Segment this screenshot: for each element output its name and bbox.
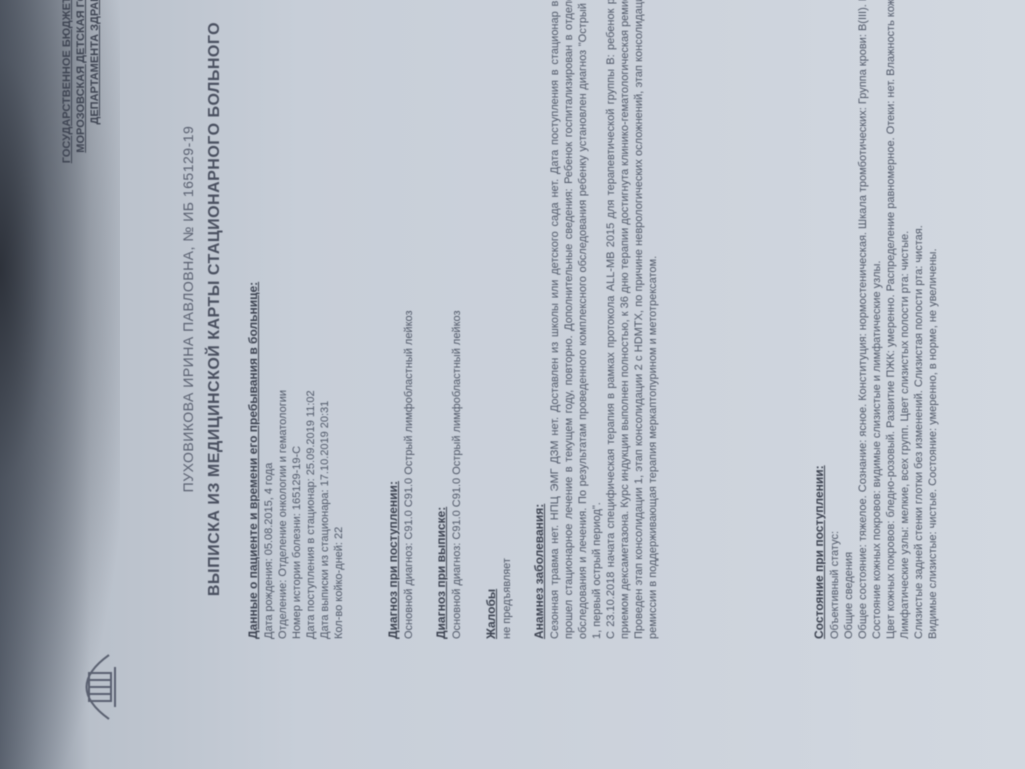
anamnesis-paragraph: Сезонная травма нет. НПЦ ЭМГ ДЗМ нет. До… [548,0,604,639]
state-line: Видимые слизистые: чистые. Состояние: ум… [926,0,940,639]
discharge-diagnosis-text: Основной диагноз: C91.0 C91.0 Острый лим… [450,0,464,639]
admission-diagnosis-text: Основной диагноз: C91.0 C91.0 Острый лим… [402,0,416,639]
org-line-1: ГОСУДАРСТВЕННОЕ БЮДЖЕТНОЕ УЧРЕЖДЕНИЕ ЗДР… [60,0,74,249]
section-admission-diagnosis: Диагноз при поступлении: Основной диагно… [386,0,416,639]
anamnesis-paragraph: Проведен этап консолидации 1, этап консо… [632,0,660,639]
section-heading: Диагноз при поступлении: [386,0,400,639]
state-line: Лимфатические узлы: мелкие, всех групп. … [898,0,912,639]
section-complaints: Жалобы не предъявляет [484,0,514,639]
section-heading: Состояние при поступлении: [812,0,826,639]
document-title: ВЫПИСКА ИЗ МЕДИЦИНСКОЙ КАРТЫ СТАЦИОНАРНО… [206,0,224,639]
section-heading: Анамнез заболевания: [532,0,546,639]
admission-date: Дата поступления в стационар: 25.09.2019… [304,0,318,639]
anamnesis-paragraph: С 23.10.2018 начата специфическая терапи… [604,0,632,639]
document-page: ГОСУДАРСТВЕННОЕ БЮДЖЕТНОЕ УЧРЕЖДЕНИЕ ЗДР… [0,0,1025,769]
section-patient-info: Данные о пациенте и времени его пребыван… [246,0,346,639]
hospital-logo [66,627,126,747]
state-line: Состояние кожных покровов: видимые слизи… [870,0,884,639]
discharge-date: Дата выписки из стационара: 17.10.2019 2… [318,0,332,639]
state-line: Слизистые задней стенки глотки без измен… [912,0,926,639]
section-anamnesis: Анамнез заболевания: Сезонная травма нет… [532,0,660,639]
section-heading: Жалобы [484,0,498,639]
org-line-3: ДЕПАРТАМЕНТА ЗДРАВООХРАНЕНИЯ ГОРОДА МОСК… [88,0,102,249]
state-line: Объективный статус: [828,0,842,639]
department: Отделение: Отделение онкологии и гематол… [276,0,290,639]
hospital-emblem-icon [69,647,124,727]
history-number: Номер истории болезни: 165129-19-С [290,0,304,639]
organization-header: ГОСУДАРСТВЕННОЕ БЮДЖЕТНОЕ УЧРЕЖДЕНИЕ ЗДР… [60,0,102,249]
section-heading: Диагноз при выписке: [434,0,448,639]
state-line: Общее состояние: тяжелое. Сознание: ясно… [856,0,870,639]
section-discharge-diagnosis: Диагноз при выписке: Основной диагноз: C… [434,0,464,639]
state-line: Цвет кожных покровов: бледно-розовый. Ра… [884,0,898,639]
patient-name-line: ПУХОВИКОВА ИРИНА ПАВЛОВНА, № ИБ 165129-1… [180,9,196,609]
state-line: Общие сведения [842,0,856,639]
complaints-text: не предъявляет [500,0,514,639]
org-line-2: МОРОЗОВСКАЯ ДЕТСКАЯ ГОРОДСКАЯ КЛИНИЧЕСКА… [74,0,88,249]
section-admission-state: Состояние при поступлении: Объективный с… [812,0,940,639]
bed-days: Кол-во койко-дней: 22 [332,0,346,639]
section-heading: Данные о пациенте и времени его пребыван… [246,0,260,639]
birth-date: Дата рождения: 05.08.2015, 4 года [262,0,276,639]
